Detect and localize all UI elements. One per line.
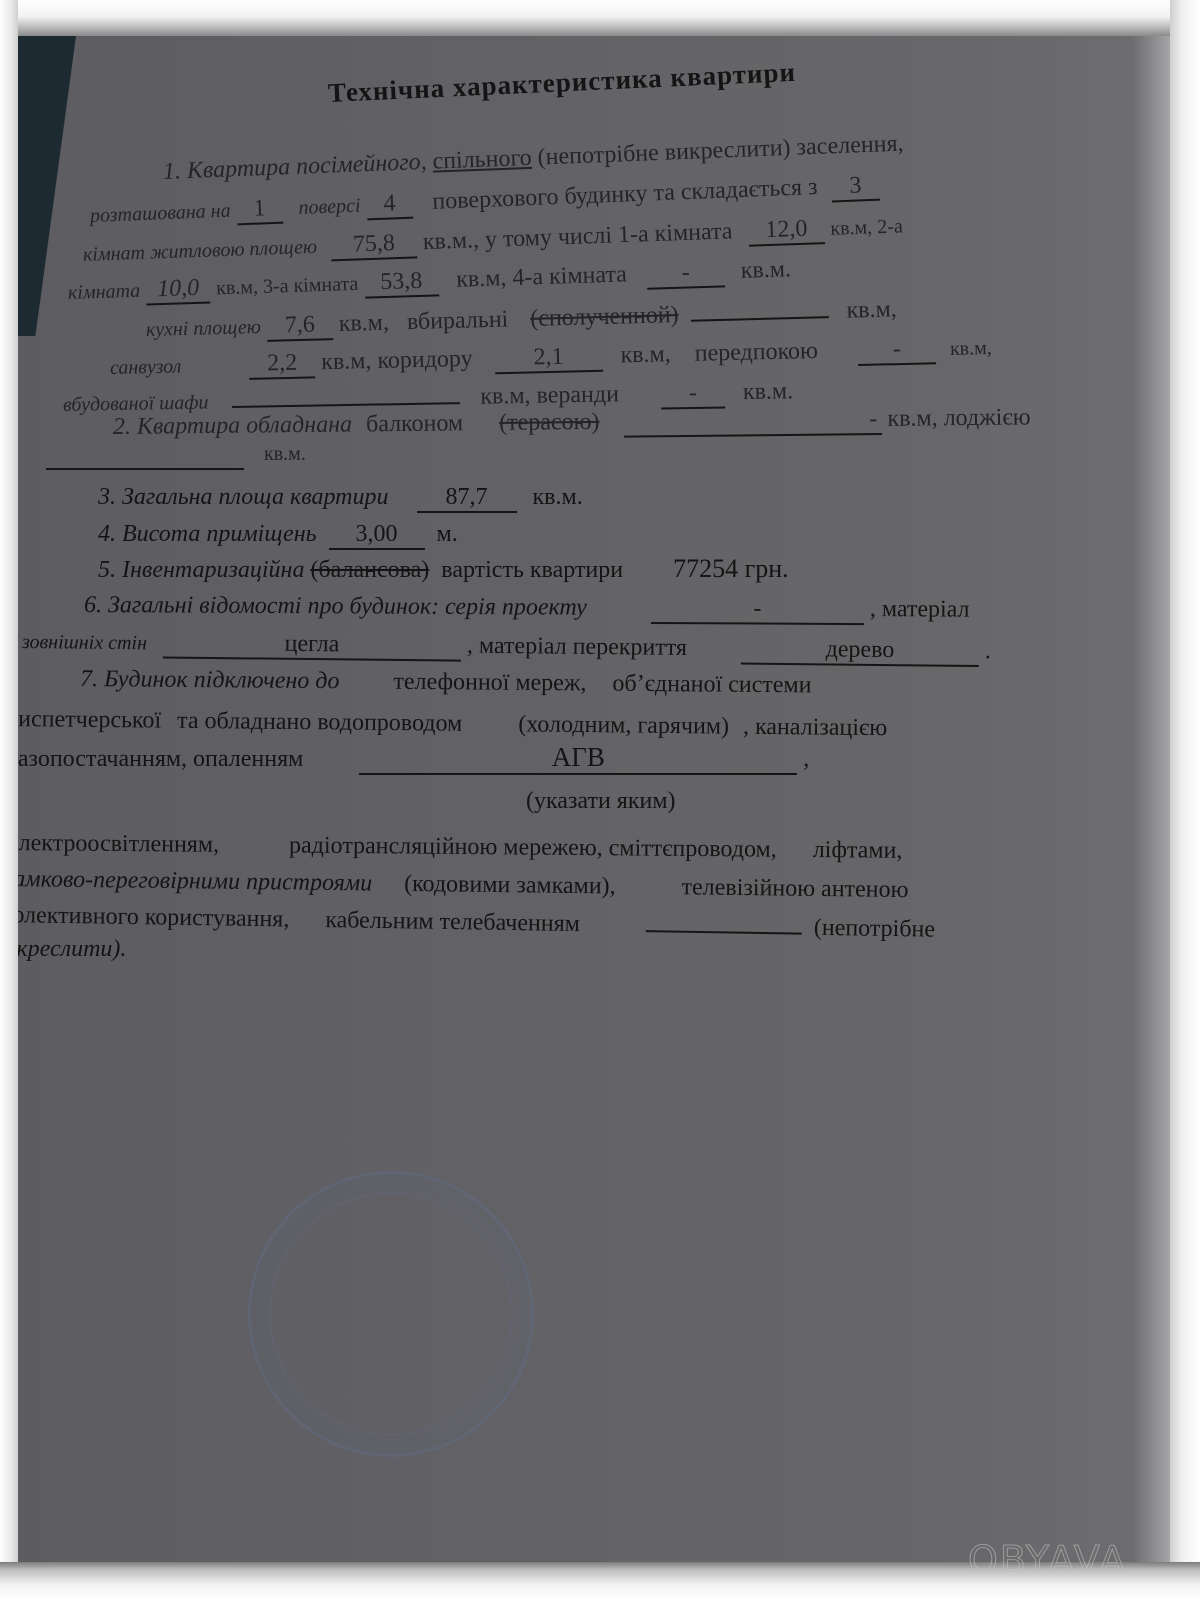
heating-field: АГВ [359,742,797,775]
hallway-field: - [858,335,937,366]
balcony-area-field: - [623,406,881,438]
room-1-field: 12,0 [748,215,825,247]
floor-material-field: дерево [741,636,979,667]
heating-hint: (указати яким) [526,788,676,815]
section-3-line: 3. Загальна площа квартири 87,7 кв.м. [98,484,583,513]
official-stamp [248,1171,534,1457]
cable-tv-blank [646,930,802,934]
project-series-field: - [651,595,864,625]
section-7-line-2: диспетчерської та обладнано водопроводом… [18,706,887,742]
watermark-logo: OBYAVA [968,1538,1127,1582]
rooms-count-field: 3 [831,172,880,203]
room-3-field: 53,8 [364,267,439,298]
section-2-line-2: кв.м. [46,450,306,477]
page-title: Технічна характеристика квартири [327,57,796,109]
underlined-choice: спільного [432,145,532,175]
section-7-line-7: викреслити). [18,936,126,963]
section-6-line-2: зовнішніх стін цегла , матеріал перекрит… [22,628,991,667]
section-7-line-4: електроосвітленням, радіотрансляційною м… [18,830,903,865]
loggia-field [46,468,244,470]
section-7-line-6: колективного користування, кабельним тел… [18,902,935,944]
total-area-field: 87,7 [417,484,517,513]
ceiling-height-field: 3,00 [329,521,425,550]
section-5-line: 5. Інвентаризаційна (балансова) вартість… [98,554,789,584]
page-edge-shadow [1132,36,1170,1562]
section-7-line-1: 7. Будинок підключено до телефонної мере… [80,666,812,699]
photo-border-left [0,0,18,1600]
section-4-line: 4. Висота приміщень 3,00 м. [98,521,458,550]
bathroom-field: 2,2 [249,349,316,379]
wall-material-field: цегла [163,629,461,661]
wardrobe-field [233,402,461,408]
toilet-field [691,316,829,322]
veranda-field: - [661,379,725,409]
storeys-field: 4 [366,190,413,221]
room-2-field: 10,0 [146,275,211,306]
kitchen-field: 7,6 [266,311,333,342]
section-7-line-5: замково-переговірними пристроями (кодови… [18,866,909,904]
floor-field: 1 [236,195,283,226]
room-4-field: - [646,258,725,289]
section-7-line-3: газопостачанням, опаленням АГВ , [18,742,809,775]
corridor-field: 2,1 [494,343,603,374]
photo-border-right [1170,0,1200,1600]
document-page: Технічна характеристика квартири 1. Квар… [18,36,1170,1562]
photo-border-top [0,0,1200,36]
living-area-field: 75,8 [330,229,417,261]
inventory-value: 77254 грн. [673,554,789,583]
section-6-line-1: 6. Загальні відомості про будинок: серія… [84,592,970,626]
